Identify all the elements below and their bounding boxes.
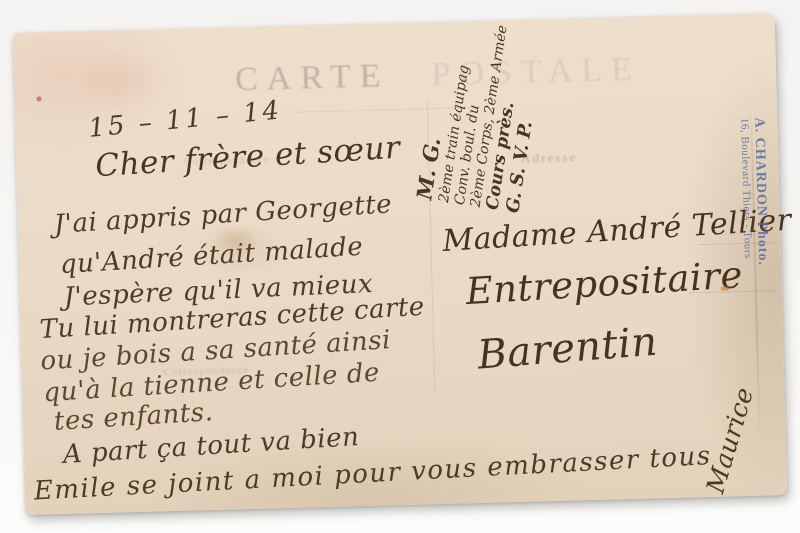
photographer-credit: A. CHARDON Photo. 16, Boulevard Thiers -… — [726, 117, 773, 388]
postcard-back: CARTEPOSTALE Adresse Correspondance Corr… — [13, 13, 787, 515]
carte-postale-stamp-word1: CARTE — [235, 57, 390, 98]
address-recipient-title: Entrepositaire — [465, 255, 744, 313]
rust-spot-1 — [36, 96, 41, 101]
military-sender-note: M. G. 2ème train équipag Conv. boul. du … — [412, 10, 552, 215]
photo-background: CARTEPOSTALE Adresse Correspondance Corr… — [0, 0, 800, 533]
rust-spot-2 — [721, 286, 729, 290]
stain-blotch-2 — [73, 49, 165, 111]
address-recipient-town: Barentin — [476, 320, 659, 378]
